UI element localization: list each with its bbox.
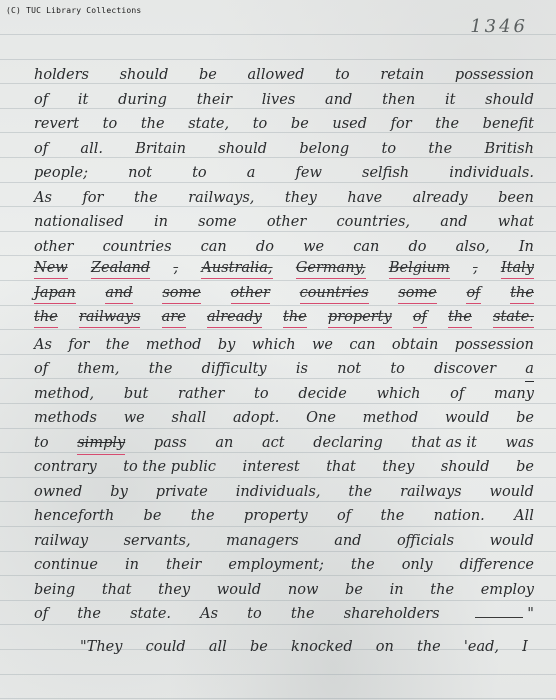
word: the bbox=[141, 112, 165, 137]
word: would bbox=[445, 406, 489, 431]
word: the bbox=[348, 480, 372, 505]
word: owned bbox=[34, 480, 82, 505]
word: be bbox=[516, 406, 534, 431]
word: have bbox=[347, 186, 382, 211]
word: nationalised bbox=[34, 210, 124, 235]
struck-text-line: Japanandsomeothercountriessomeofthe bbox=[34, 284, 534, 309]
text-line: contraryto the publicinterestthattheysho… bbox=[34, 455, 534, 480]
word: employ bbox=[481, 578, 534, 603]
word: to bbox=[253, 112, 268, 137]
word: As bbox=[200, 602, 218, 627]
word: pass bbox=[154, 431, 187, 456]
text-line: method,butrathertodecidewhichofmany bbox=[34, 382, 534, 407]
word: which bbox=[377, 382, 421, 407]
word: property bbox=[328, 308, 392, 328]
word: shareholders bbox=[344, 602, 440, 627]
word: for bbox=[391, 112, 412, 137]
word: Germany, bbox=[296, 259, 366, 279]
word: of bbox=[34, 88, 48, 113]
word: countries bbox=[103, 235, 172, 260]
word: all bbox=[209, 639, 227, 655]
word: the bbox=[510, 284, 534, 304]
word: to bbox=[335, 63, 350, 88]
word: they bbox=[158, 578, 190, 603]
word: be bbox=[516, 455, 534, 480]
text-line: henceforthbethepropertyofthenation.All bbox=[34, 504, 534, 529]
text-line: methodsweshalladopt.Onemethodwouldbe bbox=[34, 406, 534, 431]
word: private bbox=[156, 480, 208, 505]
word: the bbox=[381, 504, 405, 529]
rule-line bbox=[0, 59, 556, 60]
closing-quote-mark: " bbox=[523, 606, 534, 622]
word: of bbox=[466, 284, 480, 304]
word: countries bbox=[300, 284, 369, 304]
word: are bbox=[162, 308, 186, 328]
word: the bbox=[351, 553, 375, 578]
word: already bbox=[413, 186, 468, 211]
word: servants, bbox=[124, 529, 191, 554]
word: their bbox=[197, 88, 232, 113]
word: it bbox=[445, 88, 455, 113]
word: obtain bbox=[392, 333, 438, 358]
word: do bbox=[408, 235, 426, 260]
word: should bbox=[441, 455, 490, 480]
word: the bbox=[283, 308, 307, 328]
word: can bbox=[353, 235, 379, 260]
text-line: tosimplypassanactdeclaringthat as itwas bbox=[34, 431, 534, 456]
word: In bbox=[519, 235, 534, 260]
word: in bbox=[390, 578, 404, 603]
word: of bbox=[34, 357, 48, 382]
word: do bbox=[256, 235, 274, 260]
word: that as it bbox=[411, 431, 476, 456]
word: simply bbox=[77, 431, 125, 456]
word: shall bbox=[171, 406, 206, 431]
manuscript-page: (C) TUC Library Collections 1346 holders… bbox=[0, 0, 556, 700]
word: method bbox=[363, 406, 419, 431]
word: the bbox=[149, 357, 173, 382]
word: state. bbox=[130, 602, 171, 627]
closing-quote-line: "Theycouldallbeknockedonthe'ead,I bbox=[80, 639, 528, 655]
word: being bbox=[34, 578, 75, 603]
word: officials bbox=[397, 529, 454, 554]
copyright-watermark: (C) TUC Library Collections bbox=[6, 6, 141, 15]
rule-line bbox=[0, 674, 556, 675]
word: Australia, bbox=[201, 259, 272, 279]
text-line: continueintheiremployment;theonlydiffere… bbox=[34, 553, 534, 578]
word: is bbox=[296, 357, 308, 382]
word: be bbox=[345, 578, 363, 603]
word: we bbox=[303, 235, 324, 260]
word: railways, bbox=[188, 186, 254, 211]
word: can bbox=[349, 333, 375, 358]
word: rather bbox=[178, 382, 224, 407]
word: then bbox=[382, 88, 415, 113]
word: possession bbox=[455, 63, 534, 88]
word: they bbox=[382, 455, 414, 480]
word: should bbox=[218, 137, 267, 162]
word: we bbox=[124, 406, 145, 431]
page-number: 1346 bbox=[470, 16, 528, 37]
word: that bbox=[326, 455, 356, 480]
word: knocked bbox=[291, 639, 353, 655]
word: , bbox=[473, 259, 478, 278]
word: and bbox=[325, 88, 352, 113]
blank-with-quote: " bbox=[469, 602, 534, 627]
text-line: people;nottoafewselfishindividuals. bbox=[34, 161, 534, 186]
text-line: ofthem,thedifficultyisnottodiscovera bbox=[34, 357, 534, 382]
word: used bbox=[332, 112, 367, 137]
word: "They bbox=[80, 639, 122, 655]
text-line: reverttothestate,tobeusedforthebenefit bbox=[34, 112, 534, 137]
word: of bbox=[450, 382, 464, 407]
word: of bbox=[34, 602, 48, 627]
word: of bbox=[34, 137, 48, 162]
word: 'ead, bbox=[464, 639, 499, 655]
word: a bbox=[525, 357, 534, 382]
word: would bbox=[217, 578, 261, 603]
word: could bbox=[146, 639, 186, 655]
word: it bbox=[78, 88, 88, 113]
word: possession bbox=[455, 333, 534, 358]
word: to bbox=[254, 382, 269, 407]
word: the bbox=[428, 137, 452, 162]
word: for bbox=[68, 333, 89, 358]
word: already bbox=[207, 308, 262, 328]
word: to bbox=[247, 602, 262, 627]
word: few bbox=[296, 161, 322, 186]
text-line: ofall.BritainshouldbelongtotheBritish bbox=[34, 137, 534, 162]
word: which bbox=[252, 333, 296, 358]
word: state, bbox=[188, 112, 229, 137]
word: but bbox=[124, 382, 148, 407]
word: not bbox=[128, 161, 152, 186]
word: would bbox=[490, 480, 534, 505]
struck-text-line: NewZealand,Australia,Germany,Belgium,Ita… bbox=[34, 259, 534, 284]
word: other bbox=[34, 235, 73, 260]
word: to bbox=[192, 161, 207, 186]
word: Belgium bbox=[389, 259, 450, 279]
word: in bbox=[125, 553, 139, 578]
word: managers bbox=[226, 529, 299, 554]
word: method, bbox=[34, 382, 94, 407]
word: the bbox=[448, 308, 472, 328]
word: allowed bbox=[248, 63, 305, 88]
word: be bbox=[199, 63, 217, 88]
rule-line bbox=[0, 698, 556, 699]
word: and bbox=[334, 529, 361, 554]
word: method bbox=[146, 333, 202, 358]
word: other bbox=[231, 284, 270, 304]
word: of bbox=[413, 308, 427, 328]
word: the bbox=[417, 639, 441, 655]
word: be bbox=[291, 112, 309, 137]
word: and bbox=[105, 284, 132, 304]
word: All bbox=[514, 504, 534, 529]
word: to bbox=[390, 357, 405, 382]
word: them, bbox=[77, 357, 119, 382]
word: Britain bbox=[135, 137, 186, 162]
text-line: othercountriescandowecandoalso,In bbox=[34, 235, 534, 260]
handwritten-text-body: holdersshouldbeallowedtoretainpossession… bbox=[34, 63, 534, 627]
word: continue bbox=[34, 553, 98, 578]
word: the bbox=[134, 186, 158, 211]
word: declaring bbox=[313, 431, 382, 456]
word: some bbox=[162, 284, 201, 304]
word: should bbox=[120, 63, 169, 88]
word: As bbox=[34, 333, 52, 358]
word: we bbox=[312, 333, 333, 358]
word: what bbox=[498, 210, 534, 235]
word: in bbox=[154, 210, 168, 235]
word: New bbox=[34, 259, 68, 279]
word: many bbox=[494, 382, 534, 407]
word: Italy bbox=[501, 259, 534, 279]
word: on bbox=[376, 639, 394, 655]
word: railways bbox=[400, 480, 462, 505]
text-line: railwayservants,managersandofficialswoul… bbox=[34, 529, 534, 554]
word: the bbox=[77, 602, 101, 627]
word: belong bbox=[299, 137, 349, 162]
word: be bbox=[144, 504, 162, 529]
word: to bbox=[382, 137, 397, 162]
word: some bbox=[398, 284, 437, 304]
word: adopt. bbox=[233, 406, 279, 431]
text-line: holdersshouldbeallowedtoretainpossession bbox=[34, 63, 534, 88]
word: benefit bbox=[483, 112, 534, 137]
word: to the public bbox=[123, 455, 216, 480]
word: their bbox=[166, 553, 201, 578]
word: Zealand bbox=[91, 259, 150, 279]
word: would bbox=[490, 529, 534, 554]
word: by bbox=[110, 480, 127, 505]
text-line: ofitduringtheirlivesandthenitshould bbox=[34, 88, 534, 113]
word: discover bbox=[434, 357, 496, 382]
word: British bbox=[484, 137, 533, 162]
word: to bbox=[34, 431, 49, 456]
word: the bbox=[106, 333, 130, 358]
word: by bbox=[218, 333, 235, 358]
word: they bbox=[285, 186, 317, 211]
word: nation. bbox=[434, 504, 485, 529]
word: railway bbox=[34, 529, 88, 554]
word: lives bbox=[262, 88, 296, 113]
word: state. bbox=[493, 308, 534, 328]
text-line: Asfortherailways,theyhavealreadybeen bbox=[34, 186, 534, 211]
word: act bbox=[262, 431, 285, 456]
word: and bbox=[440, 210, 467, 235]
word: all. bbox=[80, 137, 103, 162]
word: can bbox=[201, 235, 227, 260]
word: revert bbox=[34, 112, 79, 137]
word: countries, bbox=[336, 210, 410, 235]
word: the bbox=[291, 602, 315, 627]
word: , bbox=[173, 259, 178, 278]
word: individuals. bbox=[449, 161, 534, 186]
word: some bbox=[198, 210, 237, 235]
word: of bbox=[337, 504, 351, 529]
text-line: ownedbyprivateindividuals,therailwayswou… bbox=[34, 480, 534, 505]
word: should bbox=[485, 88, 534, 113]
word: to bbox=[103, 112, 118, 137]
word: Japan bbox=[34, 284, 76, 304]
word: people; bbox=[34, 161, 88, 186]
word: difficulty bbox=[202, 357, 267, 382]
word: be bbox=[250, 639, 268, 655]
word: contrary bbox=[34, 455, 97, 480]
word: a bbox=[247, 161, 256, 186]
word: during bbox=[118, 88, 167, 113]
text-line: ofthestate.Astotheshareholders " bbox=[34, 602, 534, 627]
word: the bbox=[34, 308, 58, 328]
word: property bbox=[244, 504, 308, 529]
word: been bbox=[498, 186, 534, 211]
word: other bbox=[267, 210, 306, 235]
word: selfish bbox=[362, 161, 409, 186]
word: One bbox=[306, 406, 336, 431]
word: that bbox=[102, 578, 132, 603]
word: not bbox=[337, 357, 361, 382]
struck-text-line: therailwaysarealreadythepropertyofthesta… bbox=[34, 308, 534, 333]
word: employment; bbox=[228, 553, 324, 578]
word: the bbox=[435, 112, 459, 137]
word: the bbox=[430, 578, 454, 603]
word: also, bbox=[456, 235, 490, 260]
word: decide bbox=[298, 382, 346, 407]
word: the bbox=[191, 504, 215, 529]
text-line: Asforthemethodbywhichwecanobtainpossessi… bbox=[34, 333, 534, 358]
word: was bbox=[505, 431, 534, 456]
word: I bbox=[522, 639, 528, 655]
word: for bbox=[82, 186, 103, 211]
word: an bbox=[215, 431, 233, 456]
word: difference bbox=[460, 553, 534, 578]
word: methods bbox=[34, 406, 97, 431]
word: interest bbox=[243, 455, 300, 480]
word: holders bbox=[34, 63, 89, 88]
word: individuals, bbox=[236, 480, 321, 505]
text-line: nationalisedinsomeothercountries,andwhat bbox=[34, 210, 534, 235]
word: As bbox=[34, 186, 52, 211]
word: henceforth bbox=[34, 504, 114, 529]
blank-underline bbox=[475, 603, 523, 618]
word: railways bbox=[79, 308, 141, 328]
word: now bbox=[288, 578, 318, 603]
text-line: beingthattheywouldnowbeintheemploy bbox=[34, 578, 534, 603]
word: only bbox=[402, 553, 433, 578]
word: retain bbox=[380, 63, 424, 88]
